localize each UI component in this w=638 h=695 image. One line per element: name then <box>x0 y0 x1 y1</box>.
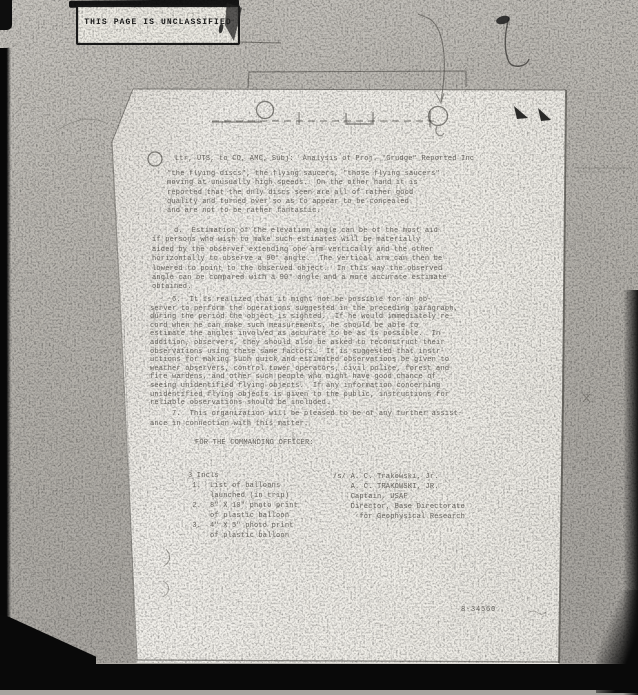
scan-corner-top-left <box>0 0 12 30</box>
tab-outline <box>248 71 466 88</box>
scan-edge-left <box>0 48 11 695</box>
stamp-tail-line <box>239 42 281 43</box>
scanned-document: THIS PAGE IS UNCLASSIFIED Ltr, UTS, to C… <box>0 0 638 695</box>
scan-marks-layer <box>0 0 638 695</box>
squiggle-mark <box>528 611 546 614</box>
scan-strip-bottom <box>0 690 638 695</box>
scan-band-bottom <box>0 664 638 691</box>
fastener-dashed-line <box>212 111 434 127</box>
staple-icon <box>495 14 529 66</box>
arrow-mark-icons <box>514 106 551 121</box>
x-mark <box>583 394 590 402</box>
page-edge-lines <box>58 42 566 663</box>
fastener-circle-icons <box>148 102 448 167</box>
scan-corner-bottom-right <box>596 590 638 693</box>
scratch-mark <box>58 119 108 130</box>
